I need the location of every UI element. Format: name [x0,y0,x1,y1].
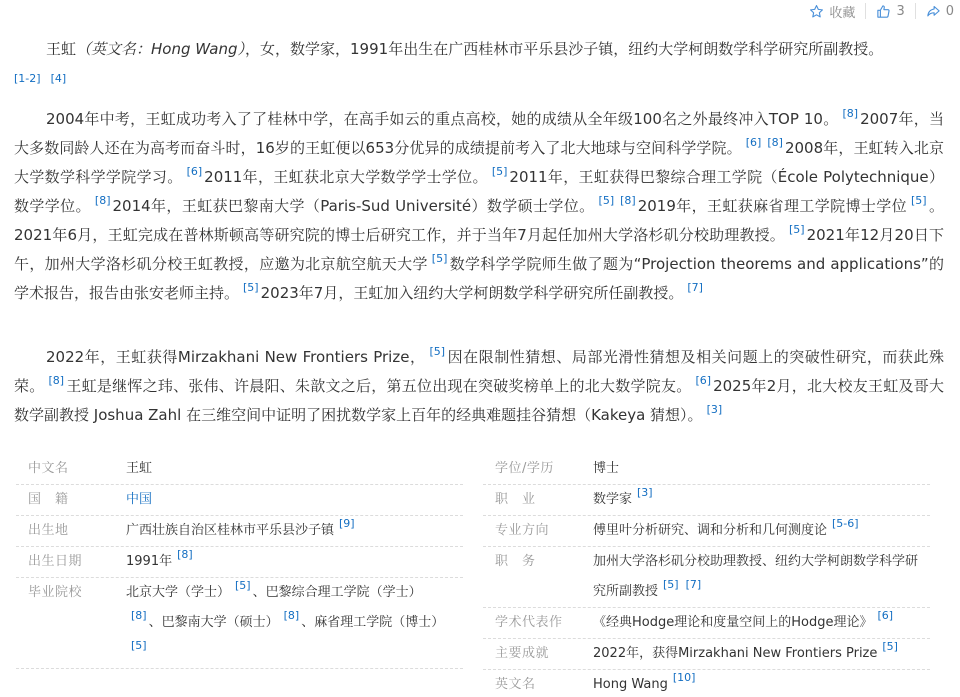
action-bar: 收藏 3 0 [799,0,960,22]
share-count: 0 [946,4,954,19]
ref-link[interactable]: [7] [686,578,702,591]
ref-link[interactable]: [6] [187,165,203,178]
info-value: 北京大学（学士）[5]、巴黎综合理工学院（学士）[8]、巴黎南大学（硕士）[8]… [126,578,463,668]
info-value: 傅里叶分析研究、调和分析和几何测度论[5-6] [593,516,930,546]
info-value: 中国 [126,485,463,515]
info-column-right: 学位/学历 博士 职 业 数学家[3] 专业方向 傅里叶分析研究、调和分析和几何… [483,454,930,697]
ref-link[interactable]: [3] [637,486,653,499]
ref-link[interactable]: [5-6] [832,517,859,530]
ref-link[interactable]: [8] [767,136,783,149]
value-text: 、麻省理工学院（博士） [301,615,444,630]
ref-link[interactable]: [5] [432,252,448,265]
ref-link[interactable]: [3] [707,403,723,416]
ref-link[interactable]: [5] [243,281,259,294]
value-text: 数学家 [593,492,632,507]
info-key: 职 务 [483,547,593,607]
value-text: 傅里叶分析研究、调和分析和几何测度论 [593,523,827,538]
ref-link[interactable]: [8] [620,194,636,207]
bio-text: 2004年中考，王虹成功考入了了桂林中学，在高手如云的重点高校，她的成绩从全年级… [46,110,838,128]
intro-refs: [1-2][4] [14,64,944,93]
award-text: 2022年，王虹获得Mirzakhani New Frontiers Prize… [46,348,425,366]
info-value: 博士 [593,454,930,484]
info-value: 《经典Hodge理论和度量空间上的Hodge理论》[6] [593,608,930,638]
value-text: 王虹 [126,461,152,476]
info-row-english-name: 英文名 Hong Wang[10] [483,670,930,697]
info-row-field: 专业方向 傅里叶分析研究、调和分析和几何测度论[5-6] [483,516,930,547]
info-row-representative-work: 学术代表作 《经典Hodge理论和度量空间上的Hodge理论》[6] [483,608,930,639]
bio-text: 2014年，王虹获巴黎南大学（Paris-Sud Université）数学硕士… [113,197,595,215]
thumbs-up-icon [876,4,891,19]
ref-link[interactable]: [8] [131,609,147,622]
ref-link[interactable]: [9] [339,517,355,530]
info-key: 出生日期 [16,547,126,577]
info-column-left: 中文名 王虹 国 籍 中国 出生地 广西壮族自治区桂林市平乐县沙子镇[9] 出生… [16,454,463,697]
ref-link[interactable]: [10] [673,671,696,684]
intro-english-name: （英文名：Hong Wang） [76,40,245,58]
ref-link[interactable]: [6] [877,609,893,622]
info-row-alma-mater: 毕业院校 北京大学（学士）[5]、巴黎综合理工学院（学士）[8]、巴黎南大学（硕… [16,578,463,669]
ref-link[interactable]: [8] [95,194,111,207]
info-key: 毕业院校 [16,578,126,668]
intro-paragraph: 王虹（英文名：Hong Wang），女，数学家，1991年出生在广西桂林市平乐县… [14,35,944,93]
ref-link[interactable]: [1-2] [14,72,41,85]
info-row-achievement: 主要成就 2022年，获得Mirzakhani New Frontiers Pr… [483,639,930,670]
ref-link[interactable]: [5] [235,579,251,592]
info-value: 广西壮族自治区桂林市平乐县沙子镇[9] [126,516,463,546]
ref-link[interactable]: [5] [911,194,927,207]
ref-link[interactable]: [8] [284,609,300,622]
info-row-nationality: 国 籍 中国 [16,485,463,516]
like-count: 3 [896,4,904,19]
basic-info-box: 中文名 王虹 国 籍 中国 出生地 广西壮族自治区桂林市平乐县沙子镇[9] 出生… [16,454,930,697]
info-row-degree: 学位/学历 博士 [483,454,930,485]
info-key: 专业方向 [483,516,593,546]
bio-text: 2011年，王虹获北京大学数学学士学位。 [204,168,488,186]
ref-link[interactable]: [5] [429,345,445,358]
ref-link[interactable]: [6] [695,374,711,387]
info-row-empty [16,669,463,697]
info-row-occupation: 职 业 数学家[3] [483,485,930,516]
info-key: 出生地 [16,516,126,546]
ref-link[interactable]: [5] [789,223,805,236]
ref-link[interactable]: [7] [687,281,703,294]
ref-link[interactable]: [5] [131,639,147,652]
info-row-chinese-name: 中文名 王虹 [16,454,463,485]
ref-link[interactable]: [5] [492,165,508,178]
info-key: 国 籍 [16,485,126,515]
bio-text: 2019年，王虹获麻省理工学院博士学位 [638,197,907,215]
info-value: 1991年[8] [126,547,463,577]
ref-link[interactable]: [8] [177,548,193,561]
info-key: 英文名 [483,670,593,697]
value-text: 《经典Hodge理论和度量空间上的Hodge理论》 [593,615,872,630]
value-text: 1991年 [126,554,172,569]
info-key: 职 业 [483,485,593,515]
value-text: Hong Wang [593,677,668,692]
info-key: 学位/学历 [483,454,593,484]
value-text: 北京大学（学士） [126,585,230,600]
info-value: 数学家[3] [593,485,930,515]
info-key: 学术代表作 [483,608,593,638]
ref-link[interactable]: [5] [663,578,679,591]
value-text: 博士 [593,461,619,476]
share-icon [926,4,941,19]
intro-name: 王虹 [46,40,76,58]
info-row-birthdate: 出生日期 1991年[8] [16,547,463,578]
ref-link[interactable]: [5] [599,194,615,207]
share-button[interactable]: 0 [916,4,960,19]
intro-text: ，女，数学家，1991年出生在广西桂林市平乐县沙子镇，纽约大学柯朗数学科学研究所… [245,40,883,58]
info-row-birthplace: 出生地 广西壮族自治区桂林市平乐县沙子镇[9] [16,516,463,547]
value-text: 2022年，获得Mirzakhani New Frontiers Prize [593,646,877,661]
info-value: Hong Wang[10] [593,670,930,697]
favorite-button[interactable]: 收藏 [799,2,865,21]
info-value: 加州大学洛杉矶分校助理教授、纽约大学柯朗数学科学研究所副教授[5][7] [593,547,930,607]
bio-paragraph: 2004年中考，王虹成功考入了了桂林中学，在高手如云的重点高校，她的成绩从全年级… [14,105,944,308]
value-text: 广西壮族自治区桂林市平乐县沙子镇 [126,523,334,538]
ref-link[interactable]: [8] [842,107,858,120]
award-paragraph: 2022年，王虹获得Mirzakhani New Frontiers Prize… [14,343,944,430]
info-value: 王虹 [126,454,463,484]
info-key: 中文名 [16,454,126,484]
info-key: 主要成就 [483,639,593,669]
info-value: 2022年，获得Mirzakhani New Frontiers Prize[5… [593,639,930,669]
award-text: 王虹是继恽之玮、张伟、许晨阳、朱歆文之后，第五位出现在突破奖榜单上的北大数学院友… [66,377,691,395]
value-text: 、巴黎综合理工学院（学士） [253,585,422,600]
info-row-position: 职 务 加州大学洛杉矶分校助理教授、纽约大学柯朗数学科学研究所副教授[5][7] [483,547,930,608]
ref-link[interactable]: [8] [49,374,65,387]
star-icon [809,4,824,19]
ref-link[interactable]: [5] [882,640,898,653]
bio-text: 2023年7月，王虹加入纽约大学柯朗数学科学研究所任副教授。 [261,284,684,302]
ref-link[interactable]: [6] [746,136,762,149]
value-text: 加州大学洛杉矶分校助理教授、纽约大学柯朗数学科学研究所副教授 [593,554,918,599]
value-text: 、巴黎南大学（硕士） [149,615,279,630]
favorite-label: 收藏 [829,2,855,21]
nationality-link[interactable]: 中国 [126,492,152,507]
ref-link[interactable]: [4] [51,72,67,85]
like-button[interactable]: 3 [866,4,914,19]
